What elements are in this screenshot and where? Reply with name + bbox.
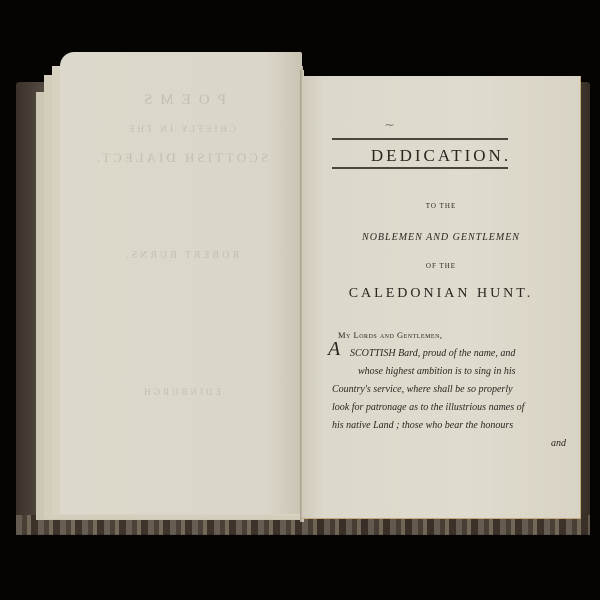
rule-top [332, 138, 508, 140]
addressee: NOBLEMEN AND GENTLEMEN [302, 232, 580, 243]
body-line: Country's service, where shall be so pro… [332, 384, 562, 395]
body-line: his native Land ; those who bear the hon… [332, 420, 562, 431]
left-page: POEMS CHIEFLY IN THE SCOTTISH DIALECT. R… [60, 52, 302, 514]
to-the-label: TO THE [302, 202, 580, 210]
ghost-text: POEMS [60, 92, 302, 109]
dedication-heading: DEDICATION. [302, 146, 580, 166]
organization-name: CALEDONIAN HUNT. [302, 286, 580, 302]
body-line: SCOTTISH Bard, proud of the name, and [350, 348, 564, 359]
right-page: ~ DEDICATION. TO THE NOBLEMEN AND GENTLE… [302, 76, 581, 519]
ghost-text: CHIEFLY IN THE [60, 124, 302, 134]
ghost-text: EDINBURGH [60, 387, 302, 397]
body-line: whose highest ambition is to sing in his [358, 366, 564, 377]
ghost-text: SCOTTISH DIALECT. [60, 150, 302, 166]
of-the-label: OF THE [302, 262, 580, 270]
catchword: and [526, 438, 566, 449]
rule-bottom [332, 167, 508, 169]
body-line: look for patronage as to the illustrious… [332, 402, 562, 413]
drop-cap: A [328, 338, 340, 361]
salutation: My Lords and Gentlemen, [338, 330, 443, 340]
pen-mark: ~ [384, 118, 395, 133]
ghost-text: ROBERT BURNS. [60, 250, 302, 261]
